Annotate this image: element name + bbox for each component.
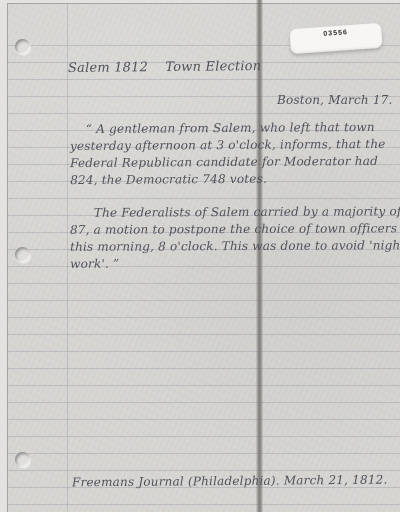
dateline: Boston, March 17. [277, 93, 393, 107]
text-line: work'. ” [70, 254, 400, 273]
text-line: 824, the Democratic 748 votes. [70, 170, 386, 189]
text-line: Federal Republican candidate for Moderat… [70, 153, 386, 172]
text-line: 87, a motion to postpone the choice of t… [70, 220, 400, 239]
paragraph-2: The Federalists of Salem carried by a ma… [70, 203, 400, 273]
document-scan: 03556 Salem 1812 Town Election Boston, M… [0, 0, 400, 512]
paragraph-1: “ A gentleman from Salem, who left that … [70, 119, 386, 189]
text-line: The Federalists of Salem carried by a ma… [70, 203, 400, 222]
margin-line [67, 3, 68, 512]
catalog-number: 03556 [290, 27, 382, 40]
document-title: Salem 1812 Town Election [68, 59, 261, 76]
text-line: yesterday afternoon at 3 o'clock, inform… [70, 136, 386, 155]
punch-hole [15, 39, 30, 54]
text-line: “ A gentleman from Salem, who left that … [70, 119, 386, 138]
source-citation: Freemans Journal (Philadelphia). March 2… [72, 473, 388, 490]
punch-hole [15, 452, 30, 467]
text-line: this morning, 8 o'clock. This was done t… [70, 237, 400, 256]
punch-hole [15, 247, 30, 262]
